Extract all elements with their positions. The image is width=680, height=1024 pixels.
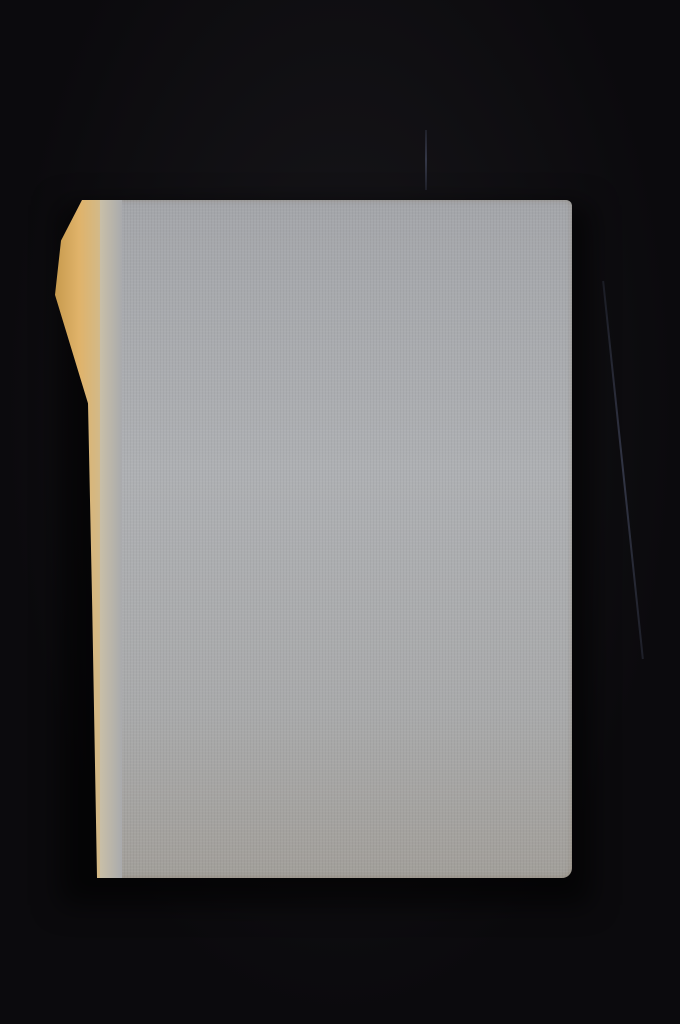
book-hinge xyxy=(100,200,122,878)
backdrop-scratch xyxy=(425,130,427,190)
book-cover xyxy=(100,200,572,878)
